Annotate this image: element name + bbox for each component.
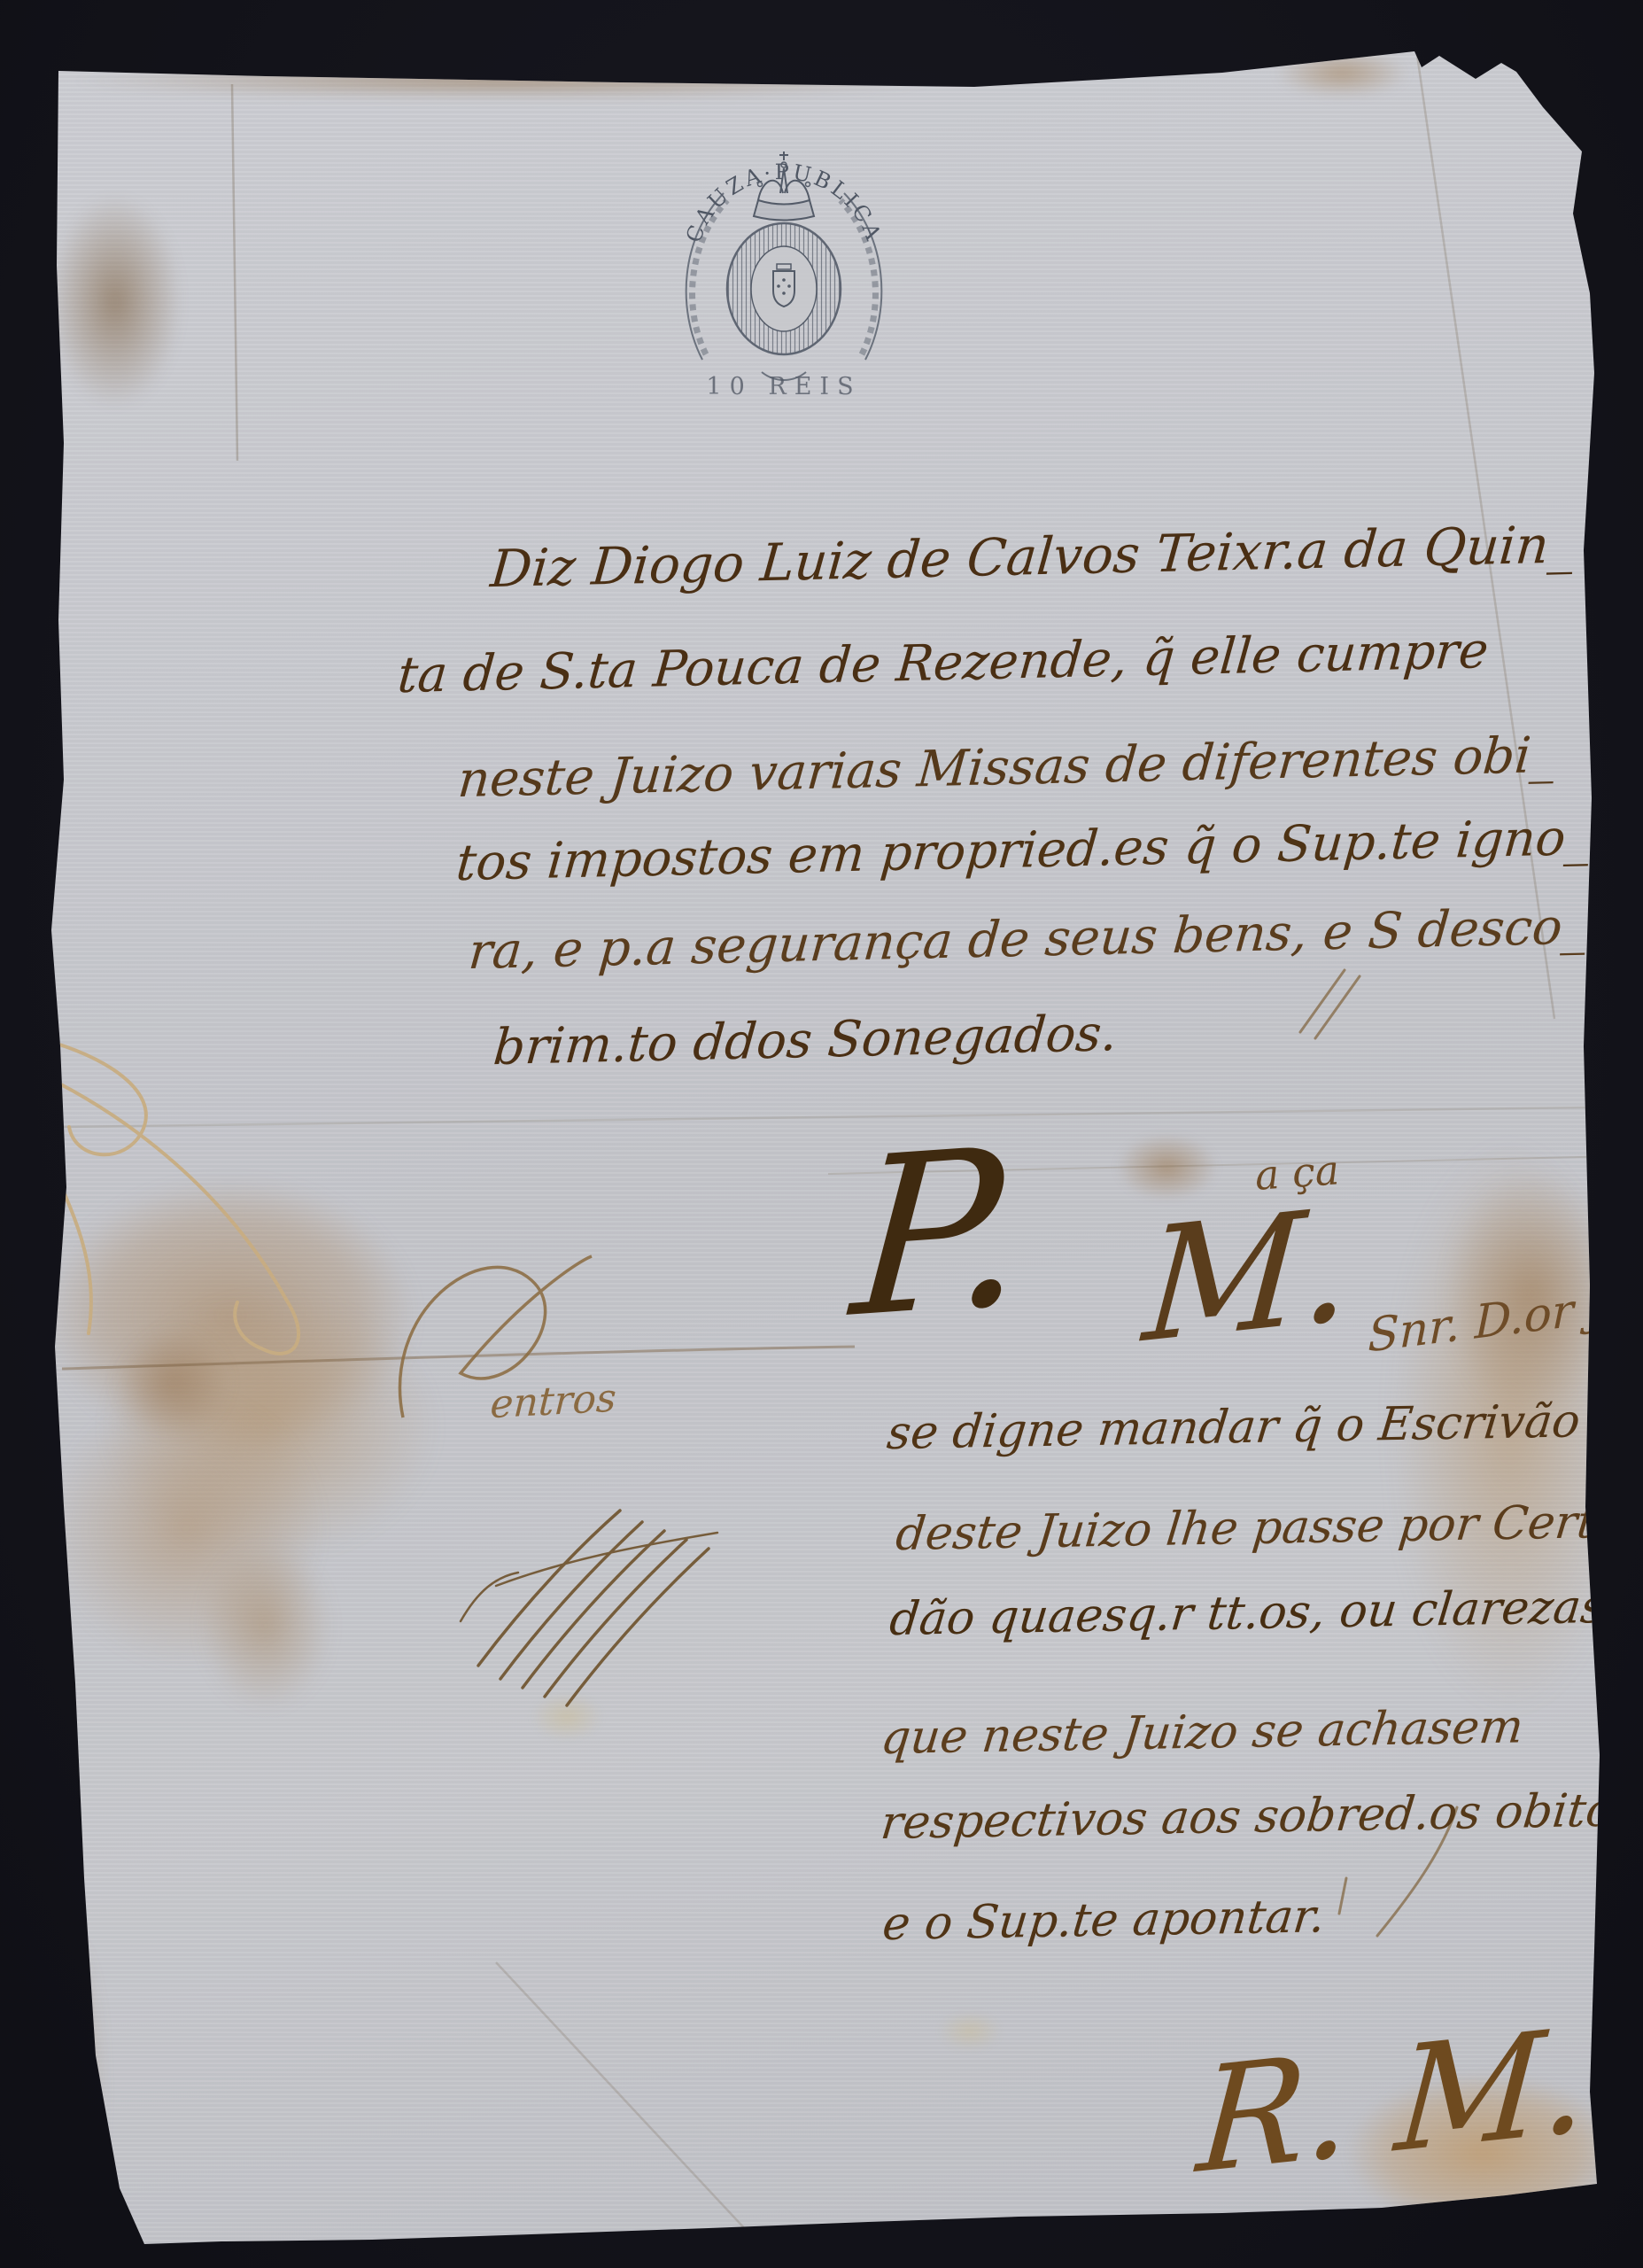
invocation-superscript: a ça xyxy=(1253,1146,1341,1200)
invocation-large-m: M. xyxy=(1139,1174,1359,1378)
royal-arms-icon xyxy=(727,223,841,354)
stain-tide-line xyxy=(62,1347,855,1369)
stamp-denomination: 10 REIS xyxy=(706,373,861,400)
margin-note: entros xyxy=(489,1376,617,1428)
vertical-crease xyxy=(232,84,237,461)
bottom-crease xyxy=(496,1962,748,2233)
paper-sheet: CAUZA·PUBLICA xyxy=(0,0,1643,2268)
paper-thread xyxy=(22,1035,298,1354)
invocation-large-p: P. xyxy=(846,1100,1035,1367)
margin-hatch-scribble xyxy=(461,1511,717,1705)
revenue-stamp: CAUZA·PUBLICA xyxy=(669,131,899,406)
request-line: e o Sup.te apontar. xyxy=(880,1890,1328,1951)
photo-backdrop: CAUZA·PUBLICA xyxy=(0,0,1643,2268)
request-line: que neste Juizo se achasem xyxy=(879,1700,1526,1765)
horizontal-fold xyxy=(58,1107,1594,1127)
